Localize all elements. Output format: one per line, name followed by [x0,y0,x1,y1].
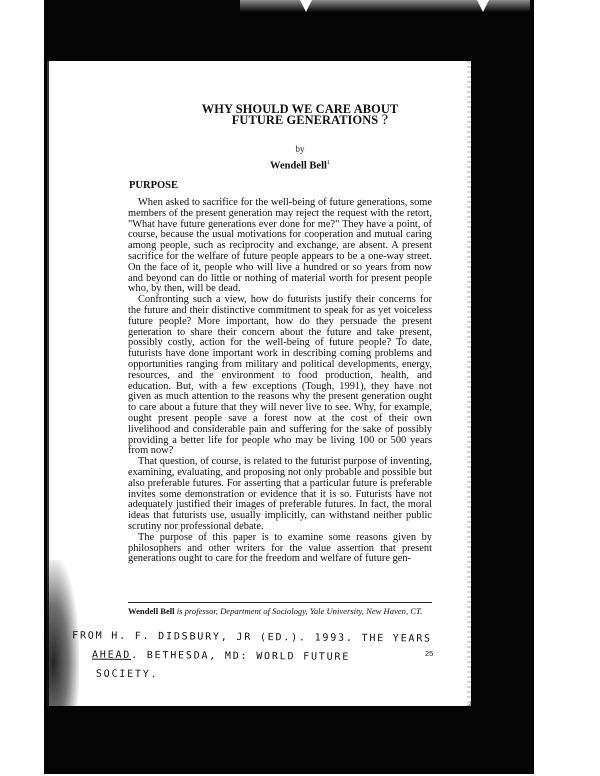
byline: by [150,144,450,154]
page-content: WHY SHOULD WE CARE ABOUT FUTURE GENERATI… [0,0,600,776]
body-text: When asked to sacrifice for the well-bei… [128,198,432,565]
title-line-2-text: FUTURE GENERATIONS [232,113,379,127]
title-question-mark: ? [381,112,388,128]
footnote-author: Wendell Bell [128,606,175,616]
page-number: 25 [425,649,433,658]
paragraph: The purpose of this paper is to examine … [128,533,432,565]
author-text: Wendell Bell [270,161,327,172]
author-name: Wendell Bell1 [150,160,450,172]
handwritten-line-3: SOCIETY. [72,664,432,686]
footnote-divider [128,602,432,603]
handwritten-publisher: . BETHESDA, MD: WORLD FUTURE [131,650,350,663]
footnote-marker: 1 [327,160,330,166]
document-title: WHY SHOULD WE CARE ABOUT FUTURE GENERATI… [150,104,450,126]
paragraph: That question, of course, is related to … [128,457,432,533]
paragraph: Confronting such a view, how do futurist… [128,295,432,457]
footnote: Wendell Bell is professor, Department of… [128,607,434,617]
footnote-text: is professor, Department of Sociology, Y… [177,606,423,616]
handwritten-citation: FROM H. F. DIDSBURY, JR (ED.). 1993. THE… [72,626,432,686]
title-line-2: FUTURE GENERATIONS ? [150,115,450,126]
section-heading: PURPOSE [129,180,178,191]
paragraph: When asked to sacrifice for the well-bei… [128,198,432,295]
handwritten-book-title: AHEAD [92,650,131,661]
